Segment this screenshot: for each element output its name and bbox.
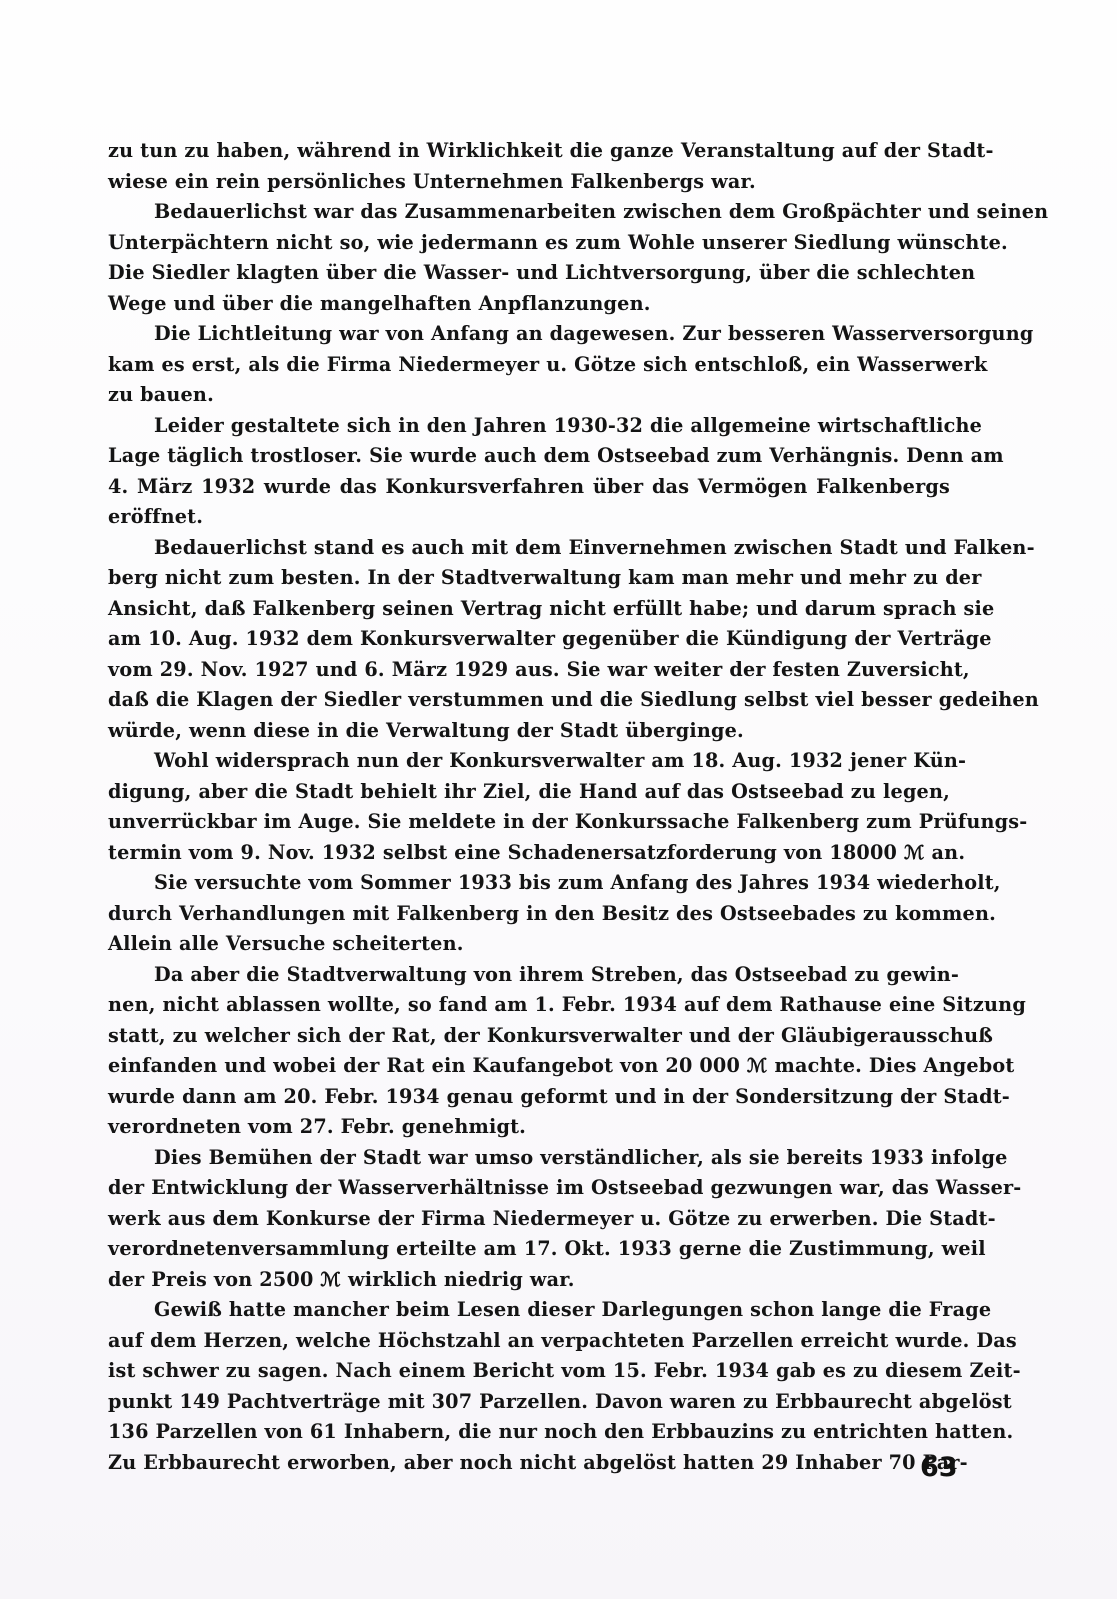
text-line: berg nicht zum besten. In der Stadtverwa… — [108, 563, 950, 594]
text-line: Dies Bemühen der Stadt war umso verständ… — [108, 1143, 950, 1174]
text-line: werk aus dem Konkurse der Firma Niederme… — [108, 1204, 950, 1235]
text-line: nen, nicht ablassen wollte, so fand am 1… — [108, 990, 950, 1021]
text-line: Bedauerlichst war das Zusammenarbeiten z… — [108, 197, 950, 228]
paragraph: Bedauerlichst war das Zusammenarbeiten z… — [108, 197, 950, 319]
text-line: Wohl widersprach nun der Konkursverwalte… — [108, 746, 950, 777]
text-line: Da aber die Stadtverwaltung von ihrem St… — [108, 960, 950, 991]
text-line: verordneten vom 27. Febr. genehmigt. — [108, 1112, 950, 1143]
text-line: kam es erst, als die Firma Niedermeyer u… — [108, 350, 950, 381]
text-line: Zu Erbbaurecht erworben, aber noch nicht… — [108, 1448, 950, 1479]
text-line: durch Verhandlungen mit Falkenberg in de… — [108, 899, 950, 930]
text-line: einfanden und wobei der Rat ein Kaufange… — [108, 1051, 950, 1082]
text-line: ist schwer zu sagen. Nach einem Bericht … — [108, 1356, 950, 1387]
text-line: Die Siedler klagten über die Wasser- und… — [108, 258, 950, 289]
text-line: 136 Parzellen von 61 Inhabern, die nur n… — [108, 1417, 950, 1448]
paragraph: Da aber die Stadtverwaltung von ihrem St… — [108, 960, 950, 1143]
text-line: Lage täglich trostloser. Sie wurde auch … — [108, 441, 950, 472]
text-line: Allein alle Versuche scheiterten. — [108, 929, 950, 960]
text-line: zu bauen. — [108, 380, 950, 411]
paragraph: Gewiß hatte mancher beim Lesen dieser Da… — [108, 1295, 950, 1478]
text-line: auf dem Herzen, welche Höchstzahl an ver… — [108, 1326, 950, 1357]
paragraph: Leider gestaltete sich in den Jahren 193… — [108, 411, 950, 533]
text-line: statt, zu welcher sich der Rat, der Konk… — [108, 1021, 950, 1052]
text-line: Leider gestaltete sich in den Jahren 193… — [108, 411, 950, 442]
paragraph: Sie versuchte vom Sommer 1933 bis zum An… — [108, 868, 950, 960]
text-line: punkt 149 Pachtverträge mit 307 Parzelle… — [108, 1387, 950, 1418]
text-line: der Preis von 2500 ℳ wirklich niedrig wa… — [108, 1265, 950, 1296]
page-number: 63 — [920, 1452, 958, 1483]
text-line: Unterpächtern nicht so, wie jedermann es… — [108, 228, 950, 259]
text-line: wiese ein rein persönliches Unternehmen … — [108, 167, 950, 198]
paragraph: Bedauerlichst stand es auch mit dem Einv… — [108, 533, 950, 747]
text-line: verordnetenversammlung erteilte am 17. O… — [108, 1234, 950, 1265]
text-line: digung, aber die Stadt behielt ihr Ziel,… — [108, 777, 950, 808]
text-line: 4. März 1932 wurde das Konkursverfahren … — [108, 472, 950, 503]
text-line: termin vom 9. Nov. 1932 selbst eine Scha… — [108, 838, 950, 869]
text-line: Die Lichtleitung war von Anfang an dagew… — [108, 319, 950, 350]
paragraph: zu tun zu haben, während in Wirklichkeit… — [108, 136, 950, 197]
text-line: Gewiß hatte mancher beim Lesen dieser Da… — [108, 1295, 950, 1326]
text-line: zu tun zu haben, während in Wirklichkeit… — [108, 136, 950, 167]
text-line: Wege und über die mangelhaften Anpflanzu… — [108, 289, 950, 320]
text-line: daß die Klagen der Siedler verstummen un… — [108, 685, 950, 716]
text-line: vom 29. Nov. 1927 und 6. März 1929 aus. … — [108, 655, 950, 686]
body-text: zu tun zu haben, während in Wirklichkeit… — [108, 136, 950, 1478]
text-line: Bedauerlichst stand es auch mit dem Einv… — [108, 533, 950, 564]
book-page: zu tun zu haben, während in Wirklichkeit… — [0, 0, 1117, 1599]
text-line: eröffnet. — [108, 502, 950, 533]
text-line: unverrückbar im Auge. Sie meldete in der… — [108, 807, 950, 838]
text-line: am 10. Aug. 1932 dem Konkursverwalter ge… — [108, 624, 950, 655]
text-line: würde, wenn diese in die Verwaltung der … — [108, 716, 950, 747]
paragraph: Dies Bemühen der Stadt war umso verständ… — [108, 1143, 950, 1296]
text-line: wurde dann am 20. Febr. 1934 genau gefor… — [108, 1082, 950, 1113]
text-line: Sie versuchte vom Sommer 1933 bis zum An… — [108, 868, 950, 899]
paragraph: Die Lichtleitung war von Anfang an dagew… — [108, 319, 950, 411]
text-line: der Entwicklung der Wasserverhältnisse i… — [108, 1173, 950, 1204]
paragraph: Wohl widersprach nun der Konkursverwalte… — [108, 746, 950, 868]
text-line: Ansicht, daß Falkenberg seinen Vertrag n… — [108, 594, 950, 625]
